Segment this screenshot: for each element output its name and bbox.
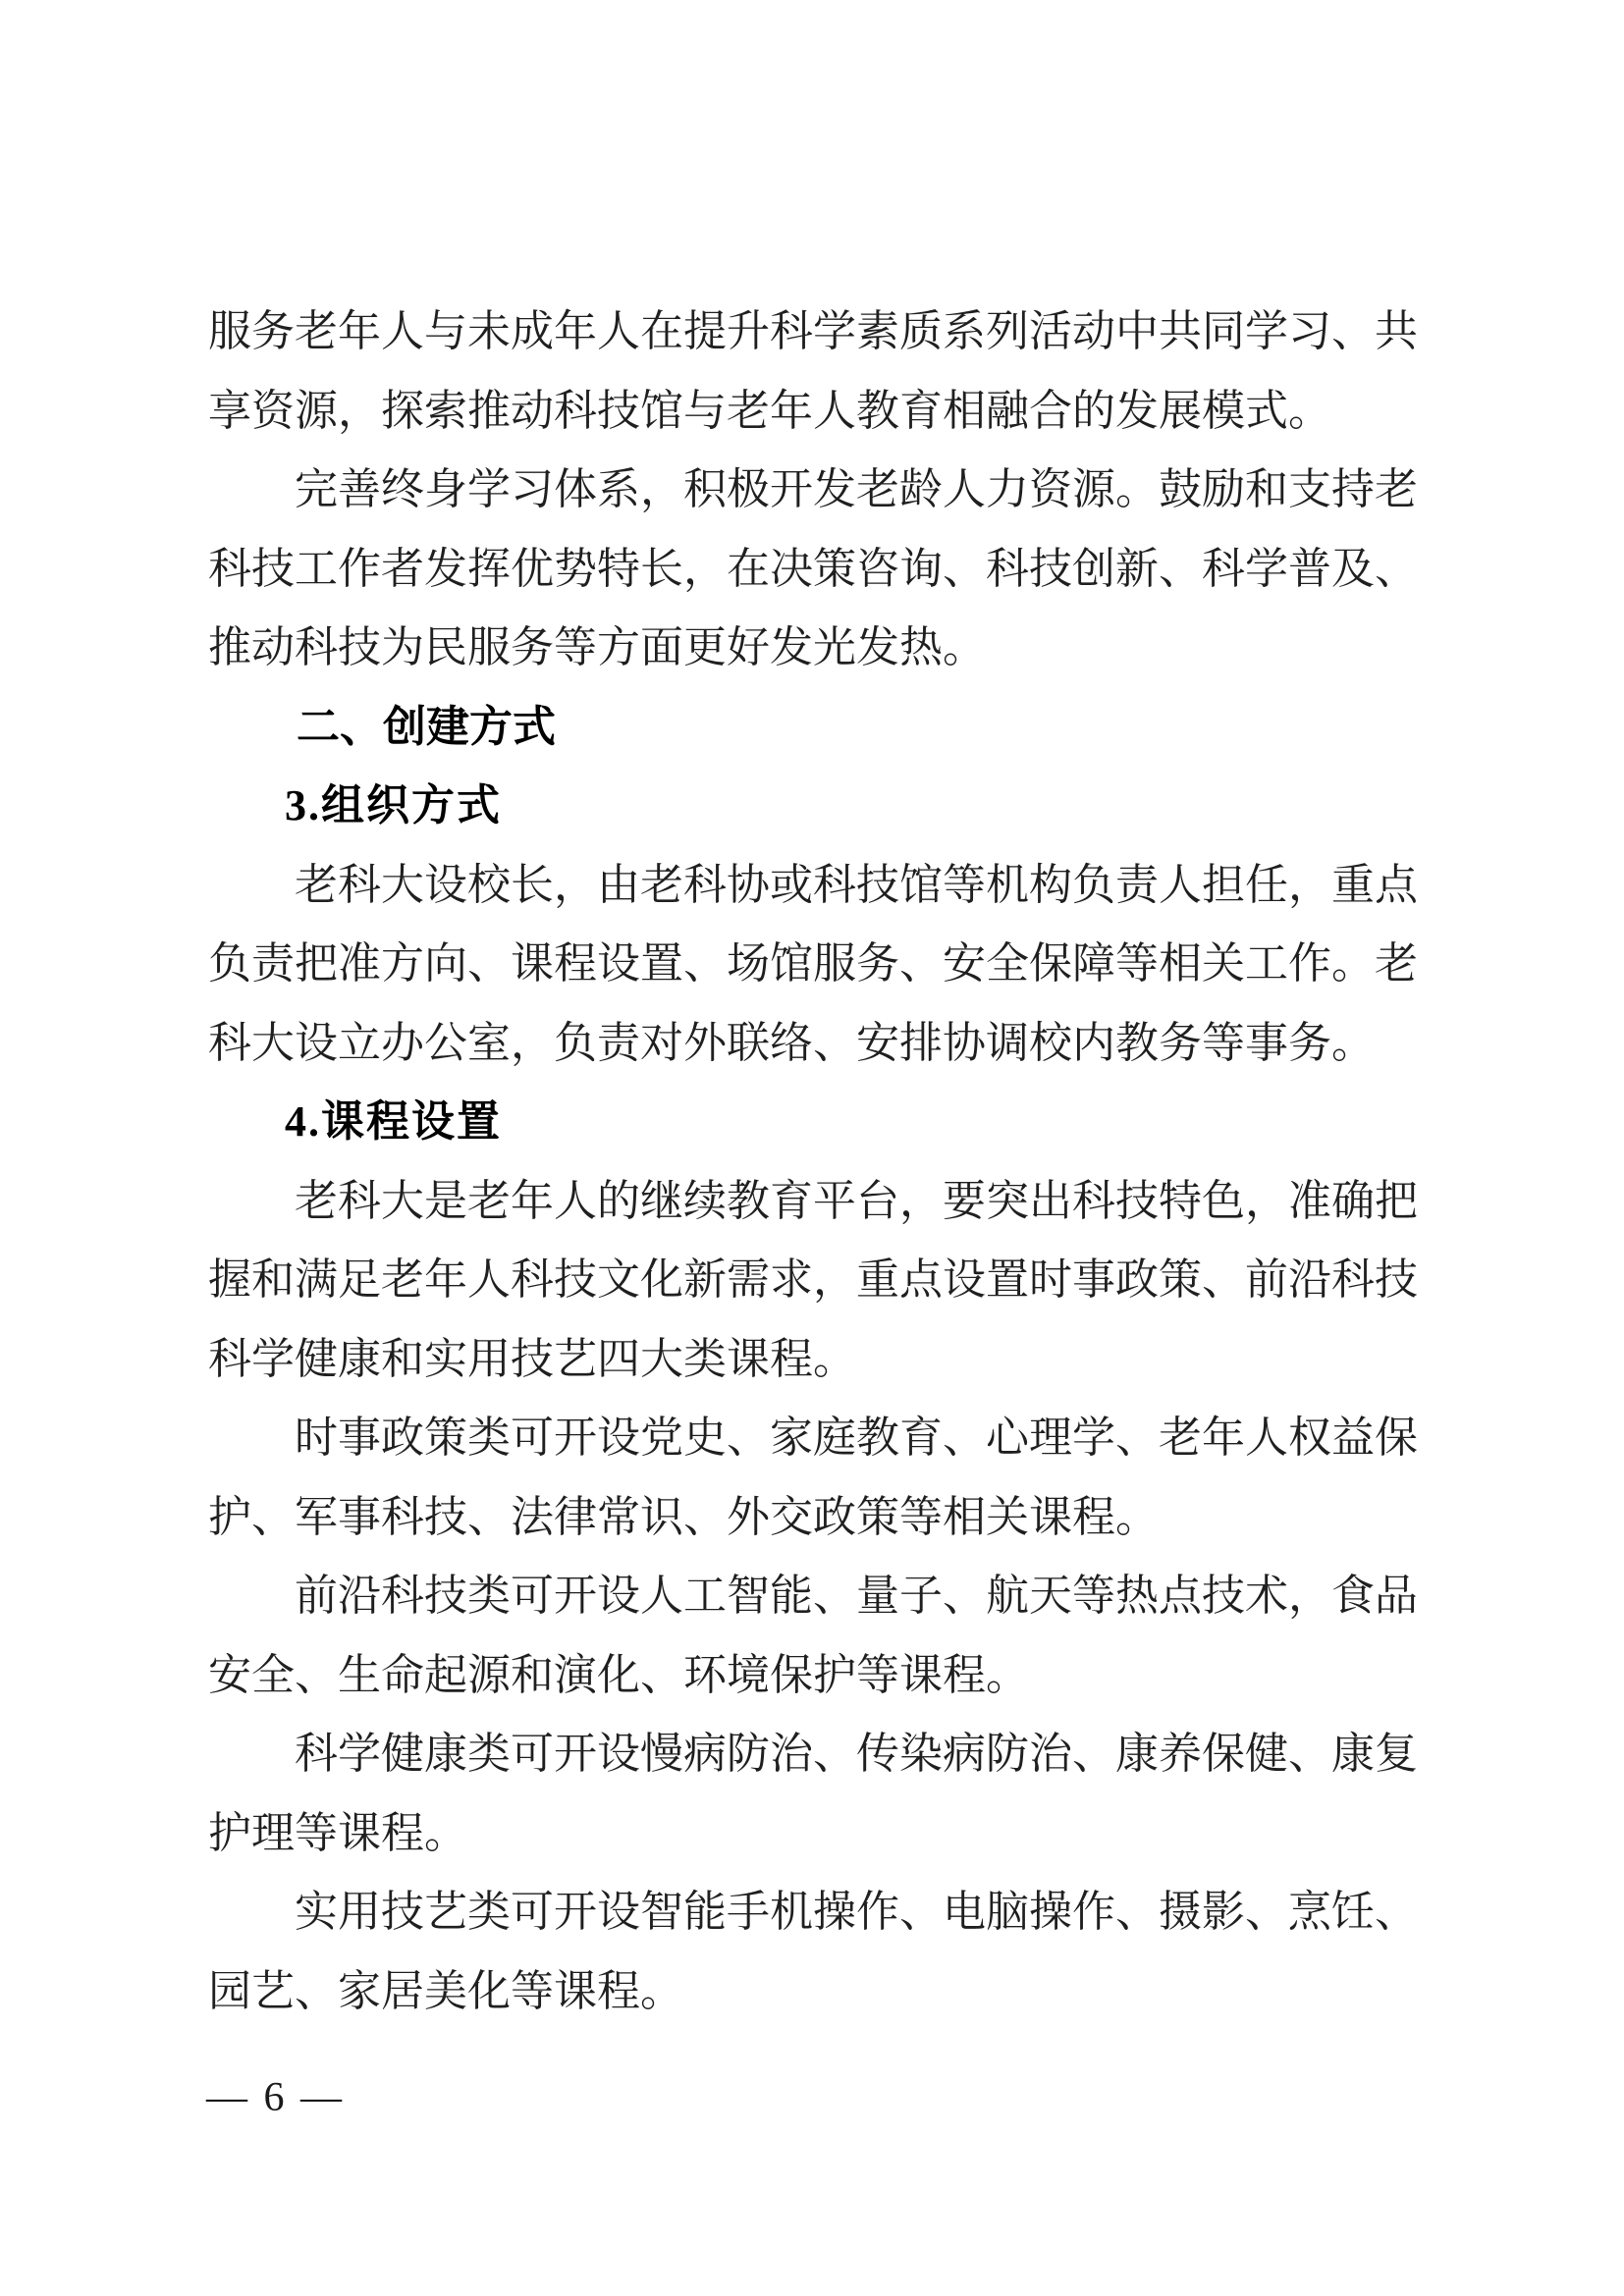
document-page: 服务老年人与未成年人在提升科学素质系列活动中共同学习、共享资源，探索推动科技馆与… [0, 0, 1624, 2296]
body-text-line: 实用技艺类可开设智能手机操作、电脑操作、摄影、烹饪、 [208, 1873, 1418, 1952]
body-text-line: 科学健康和实用技艺四大类课程。 [208, 1320, 1418, 1400]
body-text-line: 负责把准方向、课程设置、场馆服务、安全保障等相关工作。老 [208, 925, 1418, 1004]
body-text-line: 安全、生命起源和演化、环境保护等课程。 [208, 1636, 1418, 1716]
section-heading: 二、创建方式 [208, 688, 1418, 768]
body-text-line: 前沿科技类可开设人工智能、量子、航天等热点技术，食品 [208, 1557, 1418, 1636]
body-text-line: 科学健康类可开设慢病防治、传染病防治、康养保健、康复 [208, 1715, 1418, 1794]
body-text-line: 享资源，探索推动科技馆与老年人教育相融合的发展模式。 [208, 372, 1418, 452]
body-text-line: 时事政策类可开设党史、家庭教育、心理学、老年人权益保 [208, 1399, 1418, 1478]
body-text-line: 科技工作者发挥优势特长，在决策咨询、科技创新、科学普及、 [208, 530, 1418, 610]
body-text-line: 服务老年人与未成年人在提升科学素质系列活动中共同学习、共 [208, 293, 1418, 372]
body-text-line: 护理等课程。 [208, 1794, 1418, 1874]
body-text-line: 科大设立办公室，负责对外联络、安排协调校内教务等事务。 [208, 1004, 1418, 1084]
document-body: 服务老年人与未成年人在提升科学素质系列活动中共同学习、共享资源，探索推动科技馆与… [208, 293, 1418, 2031]
body-text-line: 老科大是老年人的继续教育平台，要突出科技特色，准确把 [208, 1162, 1418, 1242]
page-number: — 6 — [206, 2069, 345, 2126]
body-text-line: 握和满足老年人科技文化新需求，重点设置时事政策、前沿科技、 [208, 1241, 1418, 1320]
body-text-line: 推动科技为民服务等方面更好发光发热。 [208, 609, 1418, 688]
body-text-line: 老科大设校长，由老科协或科技馆等机构负责人担任，重点 [208, 846, 1418, 926]
subsection-heading: 4.课程设置 [208, 1083, 1418, 1162]
body-text-line: 完善终身学习体系，积极开发老龄人力资源。鼓励和支持老 [208, 451, 1418, 530]
subsection-heading: 3.组织方式 [208, 767, 1418, 846]
body-text-line: 护、军事科技、法律常识、外交政策等相关课程。 [208, 1478, 1418, 1558]
body-text-line: 园艺、家居美化等课程。 [208, 1952, 1418, 2032]
